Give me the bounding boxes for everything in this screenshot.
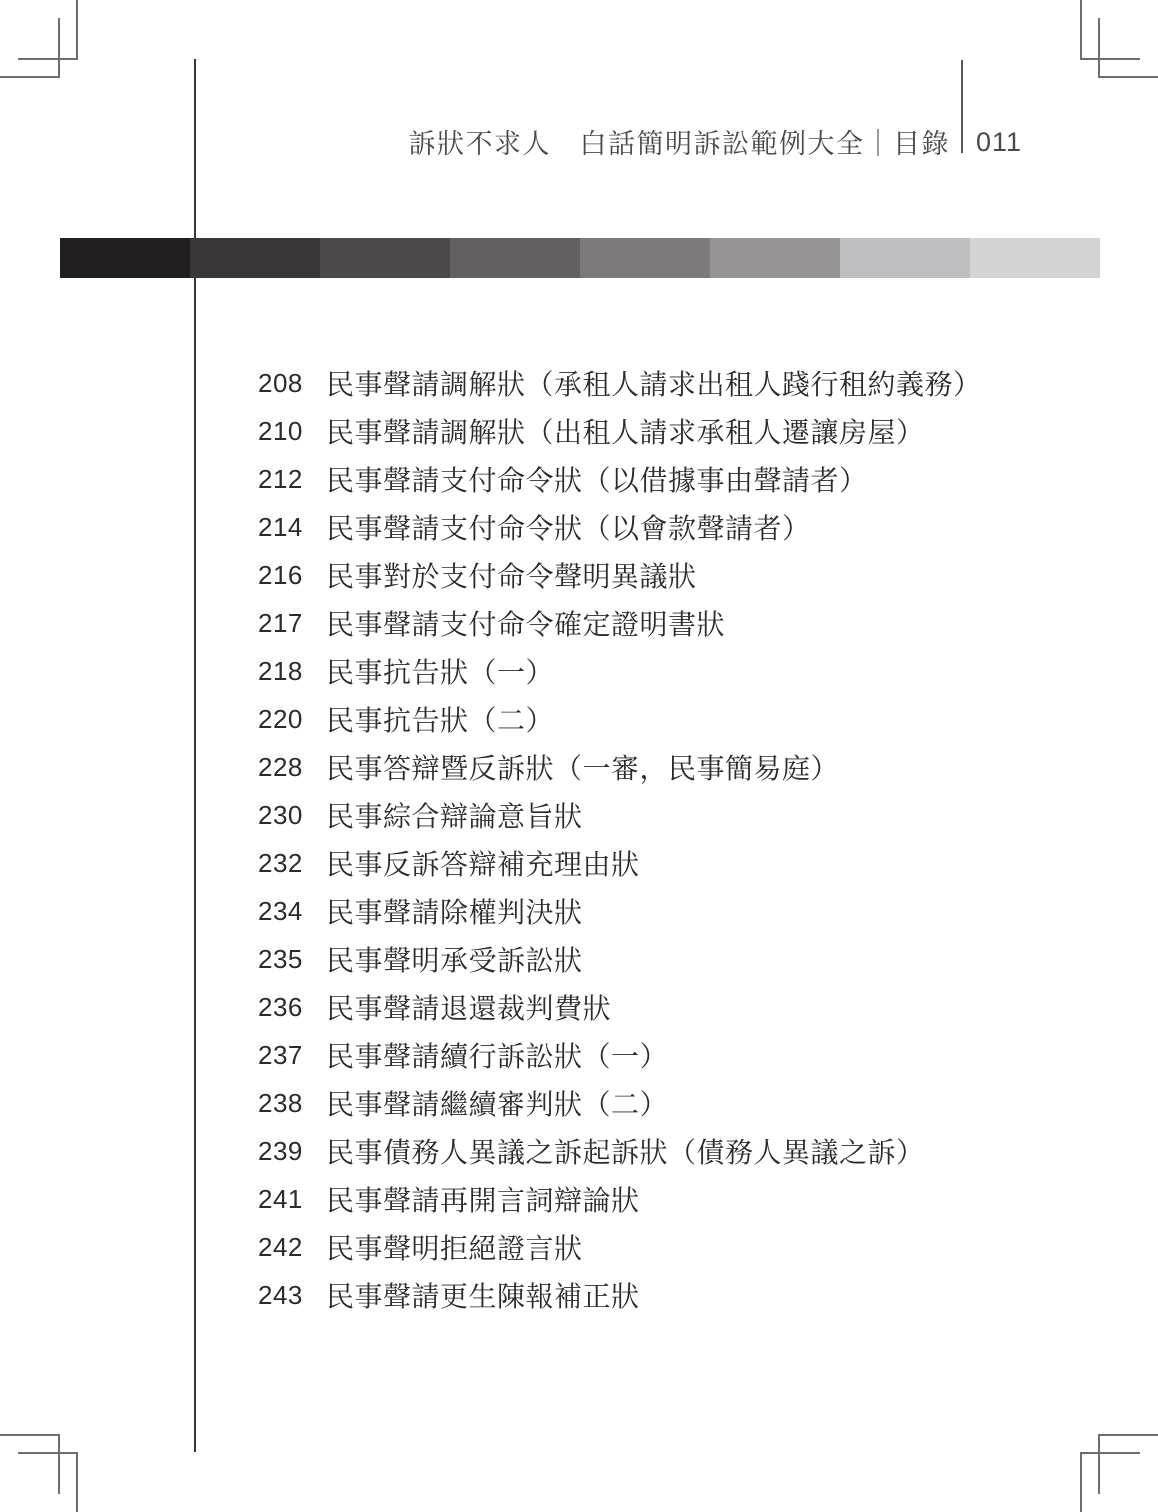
toc-entry: 208 民事聲請調解狀（承租人請求出租人踐行租約義務）: [258, 359, 1118, 407]
toc-entry-title: 民事聲請調解狀（承租人請求出租人踐行租約義務）: [326, 363, 982, 403]
toc-entry-title: 民事聲請支付命令狀（以會款聲請者）: [326, 507, 811, 547]
toc-entry-title: 民事對於支付命令聲明異議狀: [326, 555, 697, 595]
toc-entry-page-number: 220: [258, 704, 326, 735]
toc-entry: 238 民事聲請繼續審判狀（二）: [258, 1079, 1118, 1127]
toc-entry-title: 民事聲請退還裁判費狀: [326, 987, 611, 1027]
toc-entry: 239 民事債務人異議之訴起訴狀（債務人異議之訴）: [258, 1127, 1118, 1175]
toc-entry: 243 民事聲請更生陳報補正狀: [258, 1271, 1118, 1319]
toc-entry-page-number: 242: [258, 1232, 326, 1263]
toc-entry-page-number: 239: [258, 1136, 326, 1167]
toc-entry-title: 民事聲明拒絕證言狀: [326, 1227, 583, 1267]
gradient-segment: [970, 238, 1100, 278]
toc-list: 208 民事聲請調解狀（承租人請求出租人踐行租約義務） 210 民事聲請調解狀（…: [258, 359, 1118, 1319]
toc-entry-title: 民事聲請支付命令確定證明書狀: [326, 603, 725, 643]
gradient-bar: [60, 238, 1100, 278]
toc-entry-title: 民事聲請繼續審判狀（二）: [326, 1083, 668, 1123]
crop-mark-top-left-inner: [0, 18, 60, 78]
toc-entry-title: 民事聲請更生陳報補正狀: [326, 1275, 640, 1315]
toc-entry-page-number: 214: [258, 512, 326, 543]
toc-entry-title: 民事聲請再開言詞辯論狀: [326, 1179, 640, 1219]
toc-entry: 212 民事聲請支付命令狀（以借據事由聲請者）: [258, 455, 1118, 503]
gradient-segment: [320, 238, 450, 278]
toc-entry-page-number: 232: [258, 848, 326, 879]
toc-entry-page-number: 208: [258, 368, 326, 399]
gradient-segment: [190, 238, 320, 278]
toc-entry: 234 民事聲請除權判決狀: [258, 887, 1118, 935]
toc-entry: 228 民事答辯暨反訴狀（一審，民事簡易庭）: [258, 743, 1118, 791]
toc-entry-page-number: 234: [258, 896, 326, 927]
toc-entry: 210 民事聲請調解狀（出租人請求承租人遷讓房屋）: [258, 407, 1118, 455]
toc-entry-title: 民事反訴答辯補充理由狀: [326, 843, 640, 883]
toc-entry: 220 民事抗告狀（二）: [258, 695, 1118, 743]
toc-entry-page-number: 217: [258, 608, 326, 639]
toc-entry-page-number: 218: [258, 656, 326, 687]
toc-entry-title: 民事聲請調解狀（出租人請求承租人遷讓房屋）: [326, 411, 925, 451]
toc-entry: 241 民事聲請再開言詞辯論狀: [258, 1175, 1118, 1223]
toc-entry-page-number: 238: [258, 1088, 326, 1119]
toc-entry-page-number: 212: [258, 464, 326, 495]
toc-entry: 216 民事對於支付命令聲明異議狀: [258, 551, 1118, 599]
gradient-segment: [60, 238, 190, 278]
page-number: 011: [976, 127, 1022, 157]
toc-entry-page-number: 210: [258, 416, 326, 447]
toc-entry-page-number: 241: [258, 1184, 326, 1215]
toc-entry-title: 民事抗告狀（一）: [326, 651, 554, 691]
gradient-segment: [580, 238, 710, 278]
toc-entry-title: 民事債務人異議之訴起訴狀（債務人異議之訴）: [326, 1131, 925, 1171]
toc-entry-page-number: 228: [258, 752, 326, 783]
toc-entry-page-number: 236: [258, 992, 326, 1023]
toc-entry-title: 民事答辯暨反訴狀（一審，民事簡易庭）: [326, 747, 839, 787]
crop-mark-bottom-right-inner: [1098, 1434, 1158, 1494]
toc-entry-page-number: 237: [258, 1040, 326, 1071]
toc-entry-title: 民事抗告狀（二）: [326, 699, 554, 739]
running-header-title: 訴狀不求人 白話簡明訴訟範例大全｜目錄: [409, 129, 951, 159]
toc-entry-page-number: 235: [258, 944, 326, 975]
toc-entry-title: 民事綜合辯論意旨狀: [326, 795, 583, 835]
gradient-segment: [840, 238, 970, 278]
toc-page: 訴狀不求人 白話簡明訴訟範例大全｜目錄 011 208 民事聲請調解狀（承租人請…: [0, 0, 1158, 1512]
crop-mark-bottom-left-inner: [18, 1452, 78, 1512]
toc-entry: 235 民事聲明承受訴訟狀: [258, 935, 1118, 983]
crop-mark-top-right-inner: [1098, 18, 1158, 78]
toc-entry-page-number: 216: [258, 560, 326, 591]
toc-entry: 236 民事聲請退還裁判費狀: [258, 983, 1118, 1031]
toc-entry: 214 民事聲請支付命令狀（以會款聲請者）: [258, 503, 1118, 551]
toc-entry-title: 民事聲請除權判決狀: [326, 891, 583, 931]
toc-entry-title: 民事聲明承受訴訟狀: [326, 939, 583, 979]
toc-entry-page-number: 230: [258, 800, 326, 831]
toc-entry-page-number: 243: [258, 1280, 326, 1311]
toc-entry: 242 民事聲明拒絕證言狀: [258, 1223, 1118, 1271]
toc-entry: 232 民事反訴答辯補充理由狀: [258, 839, 1118, 887]
toc-entry: 217 民事聲請支付命令確定證明書狀: [258, 599, 1118, 647]
toc-entry-title: 民事聲請續行訴訟狀（一）: [326, 1035, 668, 1075]
toc-entry: 230 民事綜合辯論意旨狀: [258, 791, 1118, 839]
toc-entry: 218 民事抗告狀（一）: [258, 647, 1118, 695]
header-divider: [961, 60, 963, 153]
gradient-segment: [710, 238, 840, 278]
toc-entry: 237 民事聲請續行訴訟狀（一）: [258, 1031, 1118, 1079]
toc-entry-title: 民事聲請支付命令狀（以借據事由聲請者）: [326, 459, 868, 499]
gradient-segment: [450, 238, 580, 278]
